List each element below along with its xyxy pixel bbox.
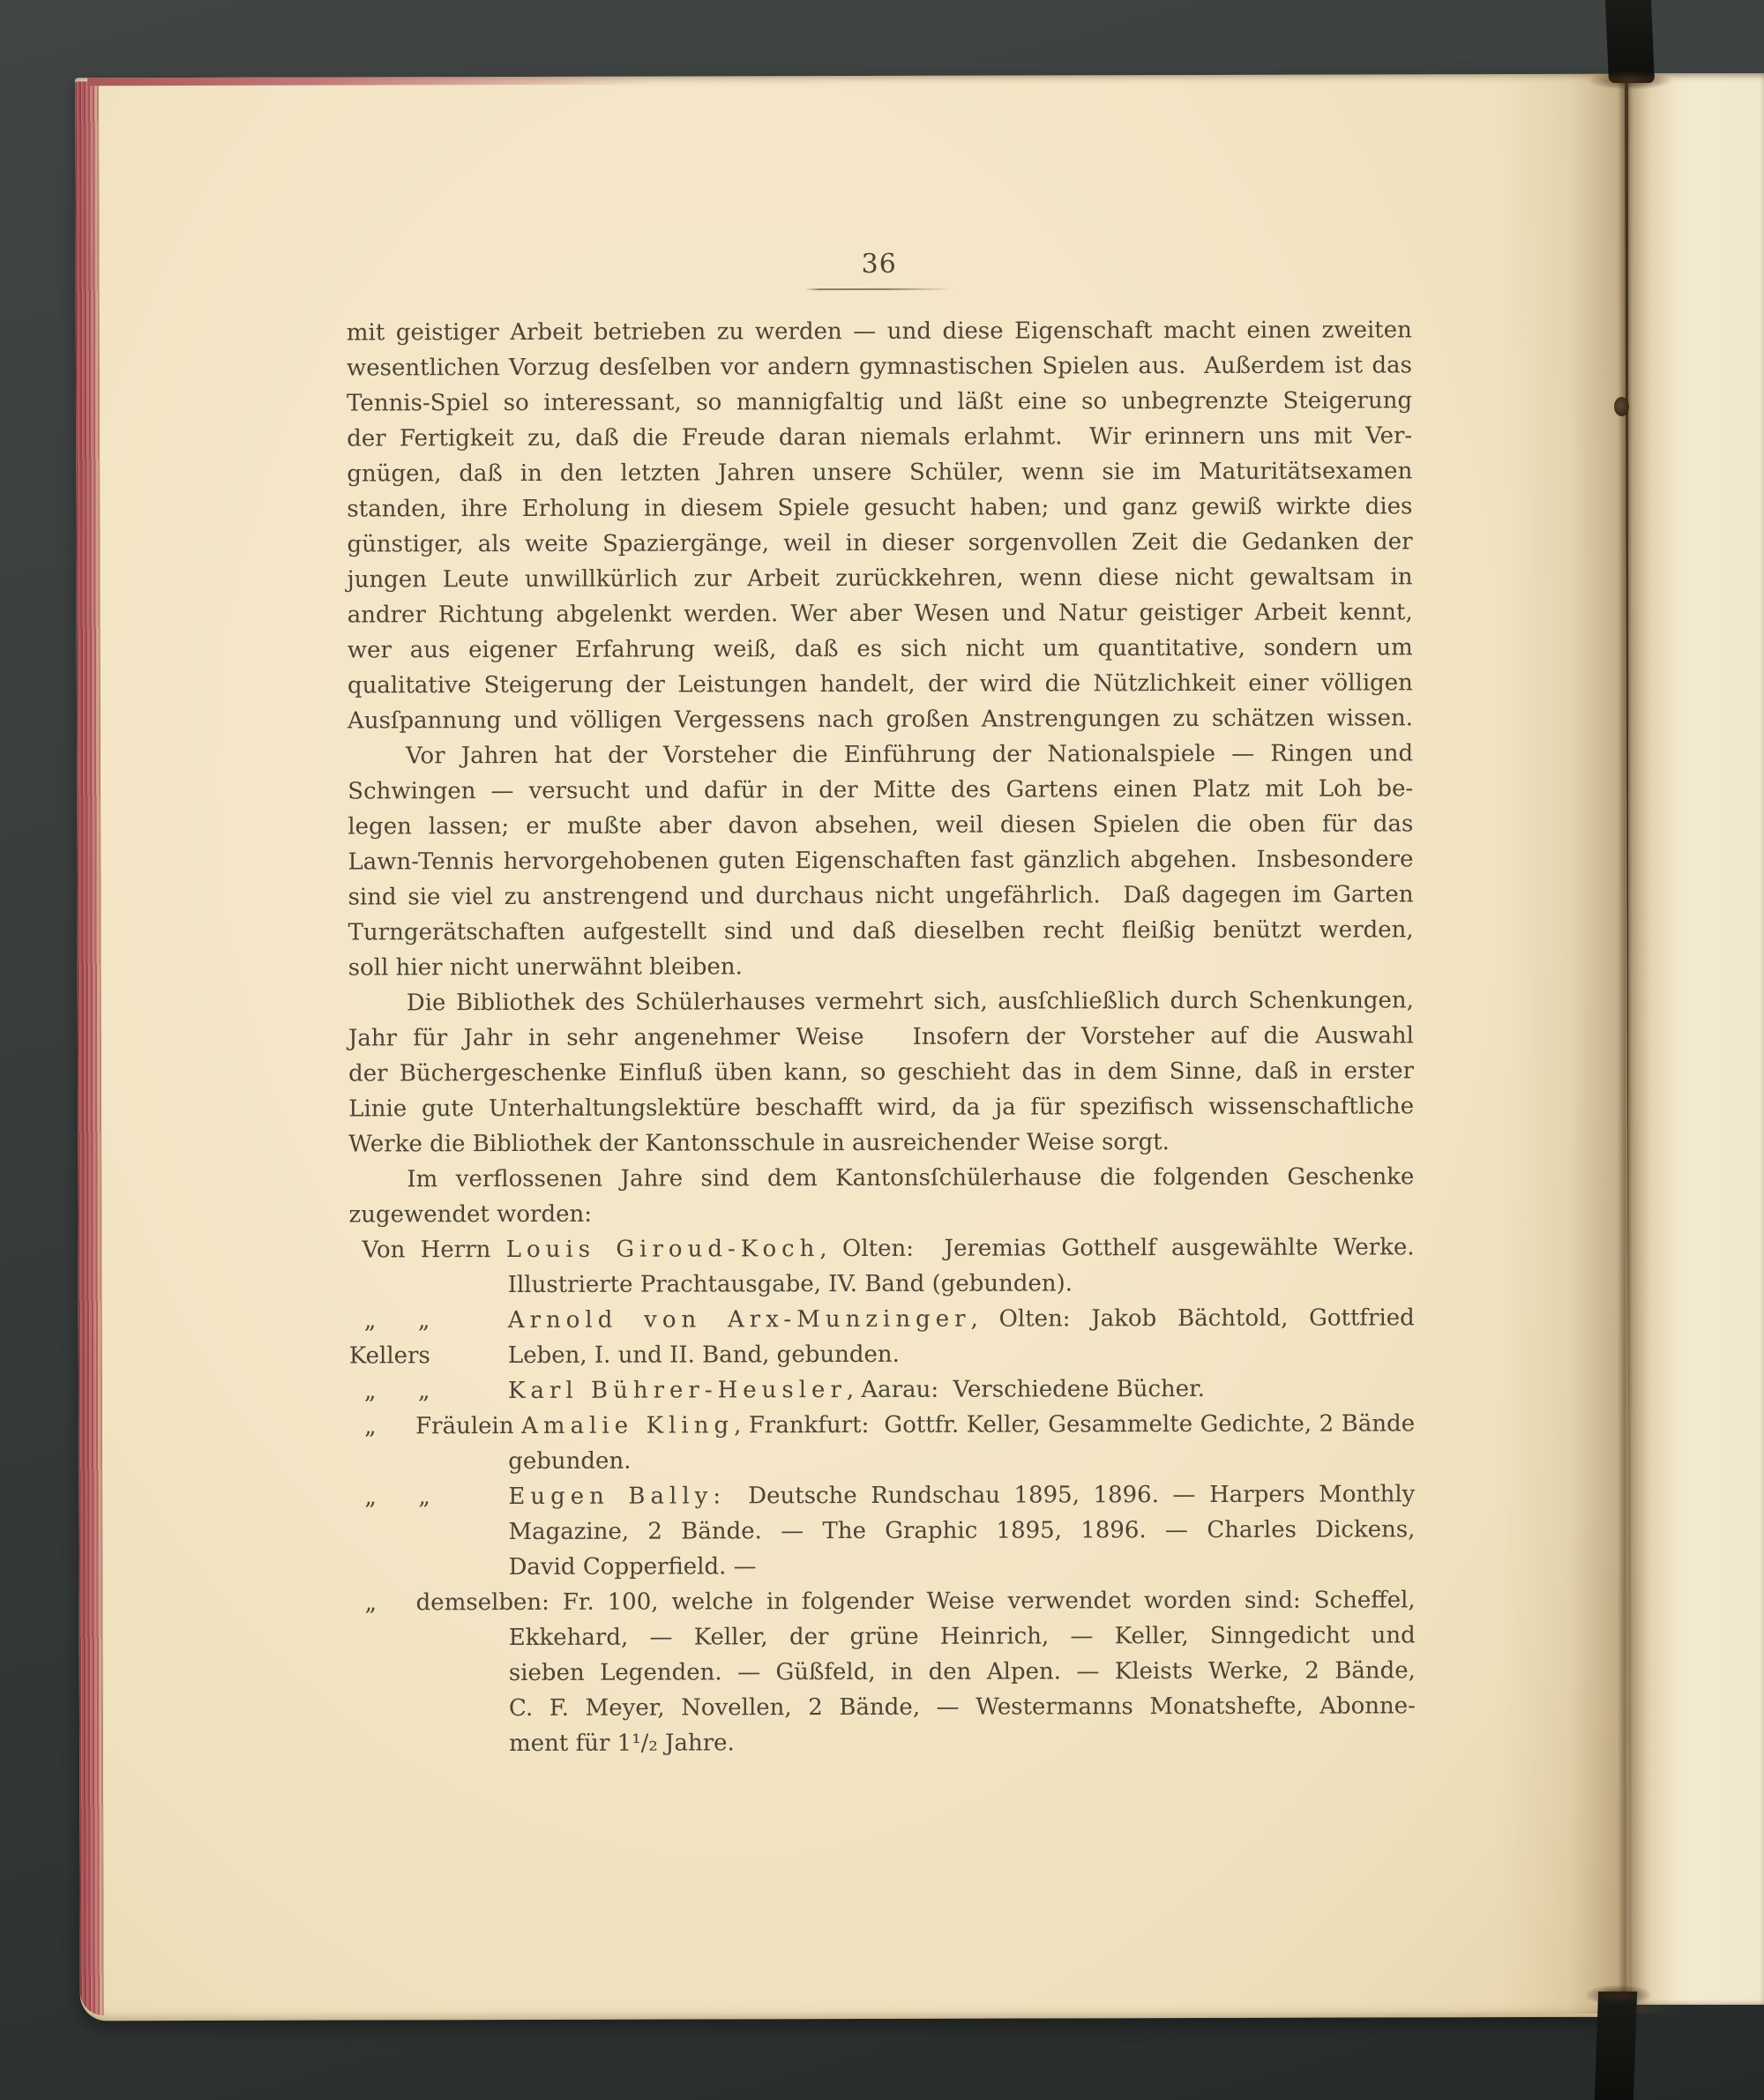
donation-entry: „Fräulein Amalie Kling, Frankfurt: Gottf…	[349, 1406, 1415, 1444]
ditto-mark: „	[349, 1303, 418, 1338]
ditto-mark: „	[418, 1479, 508, 1514]
text-line: ment für 1¹/₂ Jahre.	[350, 1723, 1416, 1761]
text-line: Magazine, 2 Bände. — The Graphic 1895, 1…	[349, 1512, 1415, 1550]
text-line: Ausſpannung und völligen Vergessens nach…	[348, 700, 1413, 738]
text-run: sind sie viel zu anstrengend und durchau…	[348, 881, 1414, 910]
text-run: Ekkehard, — Keller, der grüne Heinrich, …	[509, 1622, 1416, 1651]
text-run: demselben: Fr. 100, welche in folgender …	[416, 1587, 1416, 1616]
text-run: ment für 1¹/₂ Jahre.	[509, 1730, 735, 1757]
text-line: gebunden.	[349, 1441, 1415, 1479]
text-line: Linie gute Unterhaltungslektüre beschaff…	[348, 1088, 1414, 1126]
text-line: der Fertigkeit zu, daß die Freude daran …	[347, 418, 1412, 456]
ribbon-fray-bottom	[1584, 1984, 1653, 2006]
text-run: der Büchergeschenke Einfluß üben kann, s…	[348, 1057, 1414, 1087]
text-run: Linie gute Unterhaltungslektüre beschaff…	[348, 1093, 1414, 1122]
text-run: Werke die Bibliothek der Kantonsschule i…	[348, 1129, 1170, 1157]
text-line: Ekkehard, — Keller, der grüne Heinrich, …	[350, 1618, 1416, 1655]
page-number-rule	[805, 288, 953, 290]
text-line: jungen Leute unwillkürlich zur Arbeit zu…	[348, 559, 1413, 597]
donor-name: Amalie Kling	[521, 1412, 734, 1439]
text-line: wer aus eigener Erfahrung weiß, daß es s…	[348, 630, 1413, 668]
donor-name: Arnold von Arx-Munzinger	[508, 1306, 971, 1334]
text-run: : Deutsche Rundschau 1895, 1896. — Harpe…	[713, 1481, 1415, 1509]
bookmark-ribbon-bottom	[1595, 1992, 1637, 2100]
text-run: Illustrierte Prachtausgabe, IV. Band (ge…	[508, 1270, 1073, 1298]
text-run: Leben, I. und II. Band, gebunden.	[508, 1341, 900, 1369]
text-line: gnügen, daß in den letzten Jahren unsere…	[347, 453, 1412, 491]
text-line: Die Bibliothek des Schülerhauses vermehr…	[348, 983, 1414, 1020]
text-run: legen lassen; er mußte aber davon absehe…	[348, 811, 1413, 840]
text-line: soll hier nicht unerwähnt bleiben.	[348, 947, 1414, 985]
text-line: sind sie viel zu anstrengend und durchau…	[348, 877, 1414, 915]
text-run: , Olten: Jeremias Gotthelf ausgewählte W…	[819, 1234, 1414, 1262]
text-run: soll hier nicht unerwähnt bleiben.	[348, 953, 743, 981]
text-run: Von Herrn	[363, 1237, 506, 1263]
text-line: Im verflossenen Jahre sind dem Kantonsſc…	[348, 1159, 1414, 1197]
donor-name: Karl Bührer-Heusler	[508, 1377, 847, 1404]
text-run: Lawn-Tennis hervorgehobenen guten Eigens…	[348, 846, 1413, 875]
text-line: Schwingen — versucht und dafür in der Mi…	[348, 771, 1413, 809]
donation-entry: „„Arnold von Arx-Munzinger, Olten: Jakob…	[349, 1300, 1415, 1338]
facing-page	[1628, 73, 1764, 2005]
text-run: sieben Legenden. — Güßfeld, in den Alpen…	[509, 1657, 1416, 1686]
text-run: der Fertigkeit zu, daß die Freude daran …	[347, 422, 1412, 452]
text-line: C. F. Meyer, Novellen, 2 Bände, — Wester…	[350, 1688, 1416, 1726]
text-line: wesentlichen Vorzug desſelben vor andern…	[347, 348, 1412, 385]
ditto-mark: „	[418, 1373, 508, 1409]
text-run: Vor Jahren hat der Vorsteher die Einführ…	[406, 740, 1413, 769]
text-run: , Frankfurt: Gottfr. Keller, Gesammelte …	[734, 1410, 1415, 1439]
text-line: Werke die Bibliothek der Kantonsschule i…	[348, 1124, 1414, 1162]
book-page: 36 mit geistiger Arbeit betrieben zu wer…	[75, 74, 1630, 2022]
text-line: standen, ihre Erholung in diesem Spiele …	[347, 489, 1412, 527]
text-run: gnügen, daß in den letzten Jahren unsere…	[347, 458, 1412, 487]
red-fore-edge	[75, 81, 104, 2015]
donation-entry: Von Herrn Louis Giroud-Koch, Olten: Jere…	[349, 1229, 1415, 1267]
donation-entry: „„Eugen Bally: Deutsche Rundschau 1895, …	[349, 1476, 1415, 1514]
text-run: Fräulein	[415, 1413, 521, 1439]
text-run: Im verflossenen Jahre sind dem Kantonsſc…	[407, 1163, 1414, 1192]
text-run: Ausſpannung und völligen Vergessens nach…	[348, 705, 1413, 734]
text-run: Jahr für Jahr in sehr angenehmer Weise I…	[348, 1022, 1414, 1051]
text-line: David Copperfield. —	[349, 1547, 1415, 1585]
text-run: jungen Leute unwillkürlich zur Arbeit zu…	[348, 564, 1413, 593]
text-line: Illustrierte Prachtausgabe, IV. Band (ge…	[349, 1265, 1415, 1303]
text-run: Schwingen — versucht und dafür in der Mi…	[348, 775, 1413, 804]
text-run: zugewendet worden:	[348, 1201, 592, 1229]
donation-entry: „demselben: Fr. 100, welche in folgender…	[350, 1582, 1416, 1620]
ribbon-fray-top	[1588, 71, 1672, 90]
text-run: David Copperfield. —	[509, 1553, 757, 1581]
text-run: Tennis-Spiel so interessant, so mannigfa…	[347, 387, 1412, 416]
book-scan-photo: 36 mit geistiger Arbeit betrieben zu wer…	[0, 0, 1764, 2100]
text-line: Vor Jahren hat der Vorsteher die Einführ…	[348, 736, 1413, 773]
text-line: Turngerätschaften aufgestellt sind und d…	[348, 912, 1414, 950]
text-run: mit geistiger Arbeit betrieben zu werden…	[347, 317, 1412, 346]
text-run: Die Bibliothek des Schülerhauses vermehr…	[407, 987, 1414, 1016]
text-line: Lawn-Tennis hervorgehobenen guten Eigens…	[348, 841, 1413, 879]
text-run: Turngerätschaften aufgestellt sind und d…	[348, 916, 1414, 945]
text-body: mit geistiger Arbeit betrieben zu werden…	[347, 312, 1416, 1761]
text-run: standen, ihre Erholung in diesem Spiele …	[347, 493, 1412, 522]
ditto-mark: „	[349, 1373, 418, 1409]
donor-name: Eugen Bally	[508, 1483, 713, 1510]
text-line: legen lassen; er mußte aber davon absehe…	[348, 806, 1413, 844]
text-line: qualitative Steigerung der Leistungen ha…	[348, 665, 1413, 703]
text-run: gebunden.	[508, 1448, 631, 1475]
text-line: sieben Legenden. — Güßfeld, in den Alpen…	[350, 1653, 1416, 1691]
text-line: zugewendet worden:	[348, 1194, 1414, 1232]
text-run: Magazine, 2 Bände. — The Graphic 1895, 1…	[508, 1516, 1415, 1545]
ditto-mark: „	[349, 1409, 415, 1444]
text-run: wesentlichen Vorzug desſelben vor andern…	[347, 352, 1412, 381]
red-top-edge	[87, 77, 652, 86]
page-content: 36 mit geistiger Arbeit betrieben zu wer…	[347, 247, 1416, 1761]
text-line: Jahr für Jahr in sehr angenehmer Weise I…	[348, 1018, 1414, 1056]
text-run: wer aus eigener Erfahrung weiß, daß es s…	[348, 634, 1413, 663]
text-line: günstiger, als weite Spaziergänge, weil …	[347, 524, 1412, 562]
text-line: Tennis-Spiel so interessant, so mannigfa…	[347, 383, 1412, 421]
text-run: qualitative Steigerung der Leistungen ha…	[348, 669, 1413, 699]
page-number: 36	[347, 247, 1412, 281]
text-line: mit geistiger Arbeit betrieben zu werden…	[347, 312, 1412, 350]
ditto-mark: „	[350, 1585, 416, 1620]
text-run: andrer Richtung abgelenkt werden. Wer ab…	[348, 599, 1413, 628]
ditto-mark: „	[349, 1479, 418, 1514]
text-line: andrer Richtung abgelenkt werden. Wer ab…	[348, 594, 1413, 632]
text-run: günstiger, als weite Spaziergänge, weil …	[347, 528, 1412, 557]
ditto-mark: „	[418, 1303, 508, 1338]
text-run: , Aarau: Verschiedene Bücher.	[847, 1376, 1205, 1403]
ink-spot	[1614, 397, 1629, 416]
donor-name: Louis Giroud-Koch	[506, 1236, 820, 1263]
text-line: der Büchergeschenke Einfluß üben kann, s…	[348, 1053, 1414, 1091]
text-line: Leben, I. und II. Band, gebunden.	[349, 1335, 1415, 1373]
donation-entry: „„Karl Bührer-Heusler, Aarau: Verschiede…	[349, 1371, 1415, 1409]
text-run: C. F. Meyer, Novellen, 2 Bände, — Wester…	[509, 1693, 1416, 1722]
